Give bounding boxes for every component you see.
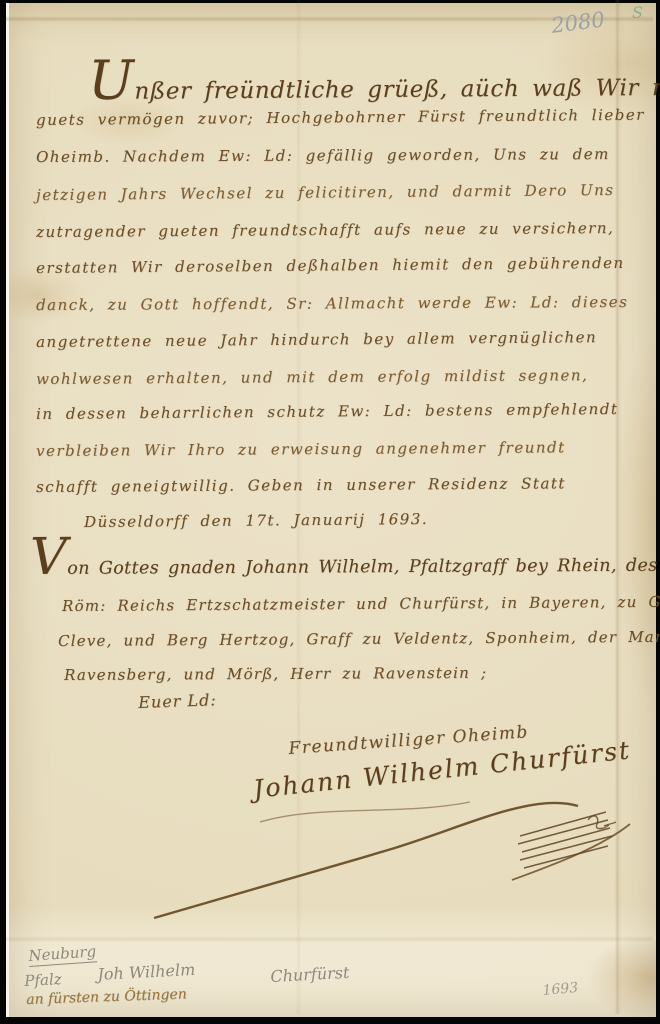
- archival-letter-mark: S: [632, 4, 643, 22]
- address-line: Euer Ld:: [138, 691, 217, 712]
- letter-line: danck, zu Gott hoffendt, Sr: Allmacht we…: [36, 294, 628, 314]
- letter-line: verbleiben Wir Ihro zu erweisung angeneh…: [36, 439, 566, 460]
- letter-line: Oheimb. Nachdem Ew: Ld: gefällig geworde…: [36, 146, 610, 166]
- annotation-year: 1693: [542, 980, 579, 999]
- annotation-territory: Pfalz: [24, 971, 62, 990]
- letter-line: schafft geneigtwillig. Geben in unserer …: [36, 475, 566, 496]
- letter-salutation-line: Unßer freündtliche grüeß, aüch waß Wir m…: [88, 45, 660, 112]
- manuscript-scan: 2080 S Unßer freündtliche grüeß, aüch wa…: [0, 0, 660, 1024]
- countersignature-paraph: [508, 786, 633, 886]
- titles-line: Ravensberg, und Mörß, Herr zu Ravenstein…: [64, 665, 487, 684]
- titles-heading: Von Gottes gnaden Johann Wilhelm, Pfaltz…: [30, 524, 660, 586]
- bottom-fold-crease: [6, 936, 653, 942]
